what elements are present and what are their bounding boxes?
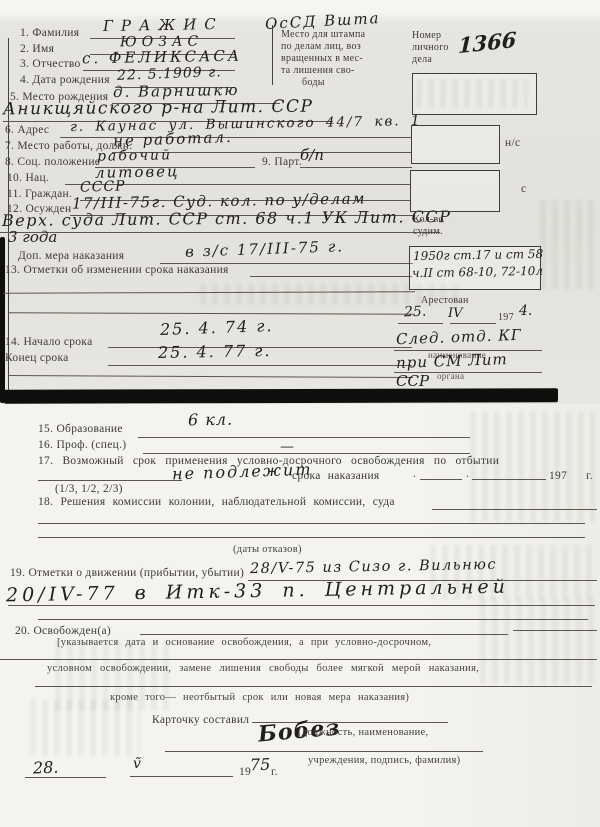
profession-value: —	[280, 440, 294, 454]
field-extra-punishment-label: Доп. мера наказания	[18, 250, 124, 263]
rule-line	[165, 751, 483, 752]
convicted-value-line3: 3 года	[8, 230, 57, 245]
ghost-smudge	[430, 545, 595, 600]
workplace-value: не работал.	[113, 130, 233, 149]
field-social-label: 8. Соц. положение	[5, 156, 100, 169]
field-birthdate-label: 4. Дата рождения	[20, 74, 110, 87]
ns-mark: н/с	[505, 137, 520, 150]
field-firstname-label: 2. Имя	[20, 43, 54, 56]
compiled-caption-line2: учреждения, подпись, фамилия)	[308, 755, 460, 767]
stamp-area-separator	[272, 25, 273, 85]
case-number-label-line3: дела	[412, 54, 432, 65]
field-address-label: 6. Адрес	[5, 124, 49, 137]
rule-line	[0, 232, 440, 233]
rule-line	[398, 323, 443, 324]
stamp-area-text-line4: та лишения сво-	[281, 65, 355, 76]
term-end-value: 25. 4. 77 г.	[158, 343, 272, 361]
s-mark: с	[521, 183, 526, 196]
party-value: б/п	[300, 148, 324, 163]
left-edge-black-bar	[0, 237, 5, 403]
education-value: 6 кл.	[188, 412, 233, 429]
rule-line	[38, 523, 585, 524]
rule-line	[130, 776, 233, 777]
field-commission-label: 18. Решения комиссии колонии, наблюдател…	[38, 496, 395, 509]
arrest-org-line1: След. отд. КГ	[396, 328, 522, 347]
arrest-year-printed: 197	[498, 312, 514, 323]
s-box	[410, 170, 500, 212]
rule-line	[138, 437, 470, 438]
case-number-label-line1: Номер	[412, 30, 441, 41]
field-party-label: 9. Парт.	[262, 156, 302, 169]
field-term-start-label: 14. Начало срока	[5, 336, 92, 349]
case-number-value: 1366	[458, 29, 517, 56]
rule-line	[300, 167, 412, 168]
field-nationality-label: 10. Нац.	[7, 172, 49, 185]
stamp-area-text-line3: вращенных в мес-	[281, 53, 363, 64]
stamp-area-text-line2: по делам лиц, воз	[281, 41, 361, 52]
rule-line	[143, 453, 470, 454]
field-education-label: 15. Образование	[38, 423, 123, 436]
ghost-smudge	[470, 412, 595, 522]
scan-separator-band	[4, 388, 558, 403]
parole-fractions-label: (1/3, 1/2, 2/3)	[55, 483, 123, 496]
convictions-value-line2: ч.II ст 68-10, 72-10л	[412, 265, 543, 279]
compiled-date-month: ṽ	[133, 757, 141, 771]
rule-line	[38, 537, 585, 538]
rule-line	[25, 777, 106, 778]
rule-line	[420, 479, 462, 480]
compiled-caption-line1: (должность, наименование,	[298, 727, 428, 739]
term-start-value: 25. 4. 74 г.	[160, 318, 274, 338]
field-citizenship-label: 11. Граждан.	[7, 188, 72, 201]
convictions-count-label-line1: Кол-во	[413, 214, 444, 225]
rule-line	[140, 634, 508, 635]
field-profession-label: 16. Проф. (спец.)	[38, 439, 126, 452]
ghost-smudge	[480, 598, 595, 683]
compiled-year-hand: 75	[250, 757, 271, 774]
rule-line	[108, 365, 412, 366]
prisoner-card-scan: 1. Фамилия ГРАЖИС 2. Имя ЮОЗАС 3. Отчест…	[0, 0, 600, 827]
field-released-label: 20. Освобожден(а)	[15, 625, 111, 638]
ghost-smudge	[416, 79, 528, 107]
convicted-value-line2: Верх. суда Лит. ССР ст. 68 ч.1 УК Лит. С…	[2, 209, 451, 229]
arrest-year-hand: 4.	[519, 304, 532, 318]
card-compiled-label: Карточку составил	[152, 714, 249, 727]
arrest-org-line2: при СМ Лит	[396, 352, 508, 371]
rule-line	[38, 480, 182, 481]
rule-line	[450, 323, 496, 324]
field-term-change-label: 13. Отметки об изменении срока наказания	[5, 264, 229, 277]
social-value: рабочий	[97, 148, 172, 163]
ns-box	[411, 125, 500, 164]
ghost-smudge	[200, 285, 460, 305]
field-movement-label: 19. Отметки о движении (прибытии, убытии…	[10, 567, 244, 580]
stamp-area-text-line5: боды	[302, 77, 325, 88]
parole-dot2: .	[466, 468, 469, 481]
refusal-dates-caption: (даты отказов)	[233, 544, 302, 556]
field-patronymic-label: 3. Отчество	[20, 58, 81, 71]
arrest-org-caption2: органа	[437, 372, 464, 382]
compiled-year-suffix: г.	[271, 766, 278, 779]
arrest-month: IV	[448, 307, 463, 320]
field-surname-label: 1. Фамилия	[20, 27, 79, 40]
convictions-value-line1: 1950г ст.17 и ст 58	[413, 248, 543, 262]
compiled-date-day: 28.	[33, 760, 59, 777]
ghost-smudge	[540, 200, 595, 290]
arrest-day: 25.	[404, 305, 427, 320]
arrest-org-line3: ССР	[396, 374, 429, 389]
case-number-label-line2: личного	[412, 42, 449, 53]
rule-line	[250, 276, 412, 277]
surname-value: ГРАЖИС	[103, 17, 224, 34]
ghost-smudge	[30, 700, 140, 755]
convictions-count-label-line2: судим.	[413, 226, 443, 237]
field-term-end-label: Конец срока	[5, 352, 69, 365]
birthdate-value: 22. 5.1909 г.	[117, 65, 222, 83]
parole-dot1: .	[413, 468, 416, 481]
citizenship-value: СССР	[80, 179, 126, 195]
parole-mid-label: срока наказания	[292, 470, 380, 483]
